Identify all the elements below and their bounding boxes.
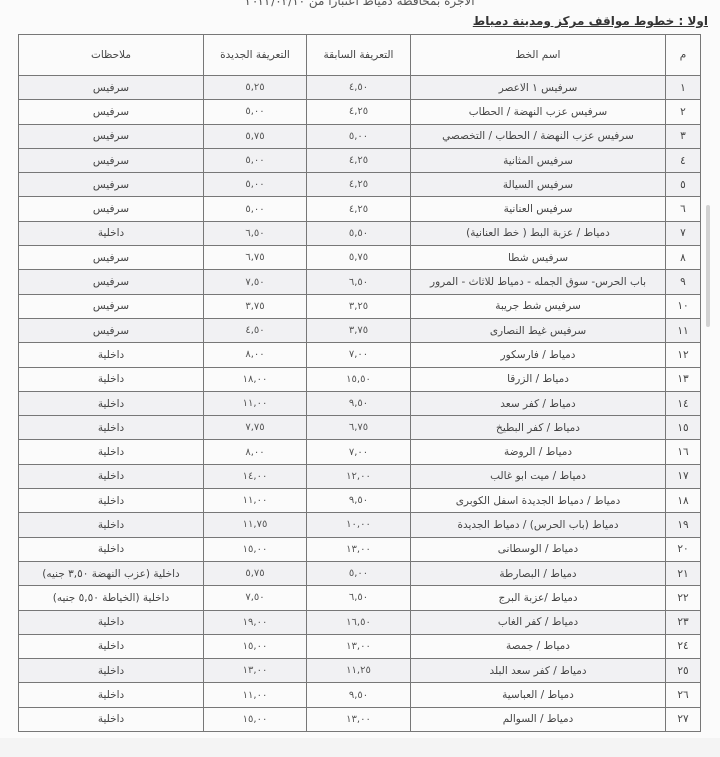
row-notes: داخلية: [19, 416, 204, 440]
table-row: ٢٧دمياط / السوالم١٣,٠٠١٥,٠٠داخلية: [19, 707, 701, 731]
row-new-fare: ١٥,٠٠: [204, 537, 307, 561]
row-notes: داخلية: [19, 221, 204, 245]
row-old-fare: ٥,٠٠: [307, 124, 411, 148]
row-line-name: دمياط / فارسكور: [411, 343, 666, 367]
row-line-name: باب الحرس- سوق الجمله - دمياط للاثاث - ا…: [411, 270, 666, 294]
row-new-fare: ٥,٧٥: [204, 124, 307, 148]
row-line-name: دمياط /عزبة البرج: [411, 586, 666, 610]
row-index: ٨: [666, 246, 701, 270]
row-line-name: سرفيس عزب النهضة / الحطاب / التخصصي: [411, 124, 666, 148]
table-row: ١٥دمياط / كفر البطيخ٦,٧٥٧,٧٥داخلية: [19, 416, 701, 440]
row-line-name: دمياط / السوالم: [411, 707, 666, 731]
row-notes: داخلية: [19, 707, 204, 731]
row-line-name: سرفيس المثانية: [411, 148, 666, 172]
row-line-name: سرفيس شط جريبة: [411, 294, 666, 318]
row-notes: داخلية: [19, 537, 204, 561]
row-line-name: سرفيس العنانية: [411, 197, 666, 221]
header-notes: ملاحظات: [19, 35, 204, 76]
row-notes: سرفيس: [19, 148, 204, 172]
row-old-fare: ١١,٢٥: [307, 659, 411, 683]
row-new-fare: ٥,٠٠: [204, 100, 307, 124]
row-new-fare: ٦,٥٠: [204, 221, 307, 245]
row-index: ١٧: [666, 464, 701, 488]
row-index: ٢٠: [666, 537, 701, 561]
row-index: ١١: [666, 318, 701, 342]
table-row: ١١سرفيس غيط النصارى٣,٧٥٤,٥٠سرفيس: [19, 318, 701, 342]
table-row: ٢سرفيس عزب النهضة / الحطاب٤,٢٥٥,٠٠سرفيس: [19, 100, 701, 124]
row-line-name: دمياط / دمياط الجديدة اسفل الكوبرى: [411, 489, 666, 513]
row-line-name: سرفيس ١ الاعصر: [411, 76, 666, 100]
document-page: الأجرة بمحافظة دمياط اعتبارا من ٢٠٢٢/٠٣/…: [0, 0, 720, 738]
table-row: ١٤دمياط / كفر سعد٩,٥٠١١,٠٠داخلية: [19, 391, 701, 415]
header-index: م: [666, 35, 701, 76]
table-row: ١٣دمياط / الزرقا١٥,٥٠١٨,٠٠داخلية: [19, 367, 701, 391]
row-old-fare: ٧,٠٠: [307, 440, 411, 464]
row-line-name: دمياط / كفر الغاب: [411, 610, 666, 634]
row-old-fare: ٤,٢٥: [307, 148, 411, 172]
row-notes: داخلية (عزب النهضة ٣,٥٠ جنيه): [19, 561, 204, 585]
table-row: ٦سرفيس العنانية٤,٢٥٥,٠٠سرفيس: [19, 197, 701, 221]
row-new-fare: ٤,٥٠: [204, 318, 307, 342]
row-notes: داخلية: [19, 489, 204, 513]
row-notes: سرفيس: [19, 270, 204, 294]
row-old-fare: ٤,٥٠: [307, 76, 411, 100]
fares-table: م اسم الخط التعريفة السابقة التعريفة الج…: [18, 34, 701, 732]
row-new-fare: ٨,٠٠: [204, 343, 307, 367]
row-notes: داخلية: [19, 367, 204, 391]
row-line-name: سرفيس السيالة: [411, 173, 666, 197]
row-index: ١٢: [666, 343, 701, 367]
table-row: ٢٣دمياط / كفر الغاب١٦,٥٠١٩,٠٠داخلية: [19, 610, 701, 634]
table-row: ١٢دمياط / فارسكور٧,٠٠٨,٠٠داخلية: [19, 343, 701, 367]
row-new-fare: ٥,٠٠: [204, 173, 307, 197]
row-new-fare: ٣,٧٥: [204, 294, 307, 318]
row-notes: سرفيس: [19, 318, 204, 342]
row-line-name: دمياط / عزبة البط ( خط العنانية): [411, 221, 666, 245]
row-old-fare: ١٠,٠٠: [307, 513, 411, 537]
row-notes: داخلية: [19, 464, 204, 488]
row-notes: سرفيس: [19, 76, 204, 100]
table-row: ١٦دمياط / الروضة٧,٠٠٨,٠٠داخلية: [19, 440, 701, 464]
row-old-fare: ٧,٠٠: [307, 343, 411, 367]
row-notes: داخلية: [19, 343, 204, 367]
row-new-fare: ١٣,٠٠: [204, 659, 307, 683]
row-line-name: سرفيس غيط النصارى: [411, 318, 666, 342]
row-old-fare: ١٣,٠٠: [307, 707, 411, 731]
row-new-fare: ١١,٠٠: [204, 391, 307, 415]
table-row: ٢٥دمياط / كفر سعد البلد١١,٢٥١٣,٠٠داخلية: [19, 659, 701, 683]
table-row: ٢١دمياط / البصارطة٥,٠٠٥,٧٥داخلية (عزب ال…: [19, 561, 701, 585]
table-row: ٧دمياط / عزبة البط ( خط العنانية)٥,٥٠٦,٥…: [19, 221, 701, 245]
row-index: ١٠: [666, 294, 701, 318]
document-title: الأجرة بمحافظة دمياط اعتبارا من ٢٠٢٢/٠٣/…: [0, 0, 720, 8]
table-row: ٥سرفيس السيالة٤,٢٥٥,٠٠سرفيس: [19, 173, 701, 197]
row-notes: داخلية: [19, 513, 204, 537]
row-index: ٢٤: [666, 634, 701, 658]
row-index: ٢: [666, 100, 701, 124]
row-old-fare: ٣,٧٥: [307, 318, 411, 342]
row-old-fare: ٦,٥٠: [307, 270, 411, 294]
row-old-fare: ٤,٢٥: [307, 173, 411, 197]
row-index: ٢٦: [666, 683, 701, 707]
row-old-fare: ٦,٧٥: [307, 416, 411, 440]
row-new-fare: ٦,٧٥: [204, 246, 307, 270]
row-new-fare: ١١,٠٠: [204, 489, 307, 513]
row-new-fare: ١١,٠٠: [204, 683, 307, 707]
row-new-fare: ٥,٠٠: [204, 197, 307, 221]
table-row: ٢٢دمياط /عزبة البرج٦,٥٠٧,٥٠داخلية (الخيا…: [19, 586, 701, 610]
row-index: ٢٢: [666, 586, 701, 610]
row-new-fare: ٧,٥٠: [204, 586, 307, 610]
row-line-name: سرفيس عزب النهضة / الحطاب: [411, 100, 666, 124]
row-notes: سرفيس: [19, 197, 204, 221]
row-index: ٣: [666, 124, 701, 148]
table-row: ٢٦دمياط / العباسية٩,٥٠١١,٠٠داخلية: [19, 683, 701, 707]
row-old-fare: ٩,٥٠: [307, 391, 411, 415]
row-old-fare: ٥,٠٠: [307, 561, 411, 585]
row-line-name: دمياط / كفر البطيخ: [411, 416, 666, 440]
row-index: ٩: [666, 270, 701, 294]
row-new-fare: ٥,٢٥: [204, 76, 307, 100]
table-row: ١سرفيس ١ الاعصر٤,٥٠٥,٢٥سرفيس: [19, 76, 701, 100]
row-notes: داخلية (الخياطة ٥,٥٠ جنيه): [19, 586, 204, 610]
row-line-name: دمياط / ميت ابو غالب: [411, 464, 666, 488]
row-index: ١: [666, 76, 701, 100]
row-old-fare: ١٢,٠٠: [307, 464, 411, 488]
row-line-name: دمياط / كفر سعد البلد: [411, 659, 666, 683]
header-new-fare: التعريفة الجديدة: [204, 35, 307, 76]
row-line-name: دمياط (باب الحرس) / دمياط الجديدة: [411, 513, 666, 537]
row-old-fare: ٥,٥٠: [307, 221, 411, 245]
row-index: ١٦: [666, 440, 701, 464]
row-old-fare: ٩,٥٠: [307, 683, 411, 707]
row-line-name: دمياط / العباسية: [411, 683, 666, 707]
row-notes: سرفيس: [19, 246, 204, 270]
table-row: ٩باب الحرس- سوق الجمله - دمياط للاثاث - …: [19, 270, 701, 294]
row-index: ٤: [666, 148, 701, 172]
row-index: ٦: [666, 197, 701, 221]
row-old-fare: ٦,٥٠: [307, 586, 411, 610]
row-index: ٧: [666, 221, 701, 245]
row-index: ١٩: [666, 513, 701, 537]
row-new-fare: ١٩,٠٠: [204, 610, 307, 634]
row-new-fare: ٥,٠٠: [204, 148, 307, 172]
row-index: ٢٥: [666, 659, 701, 683]
header-old-fare: التعريفة السابقة: [307, 35, 411, 76]
row-old-fare: ٩,٥٠: [307, 489, 411, 513]
table-row: ١٨دمياط / دمياط الجديدة اسفل الكوبرى٩,٥٠…: [19, 489, 701, 513]
table-row: ٢٠دمياط / الوسطانى١٣,٠٠١٥,٠٠داخلية: [19, 537, 701, 561]
header-line-name: اسم الخط: [411, 35, 666, 76]
vertical-scrollbar[interactable]: [706, 205, 710, 327]
row-line-name: سرفيس شطا: [411, 246, 666, 270]
row-notes: سرفيس: [19, 173, 204, 197]
row-notes: داخلية: [19, 440, 204, 464]
row-new-fare: ١٥,٠٠: [204, 707, 307, 731]
row-old-fare: ٥,٧٥: [307, 246, 411, 270]
row-line-name: دمياط / البصارطة: [411, 561, 666, 585]
row-index: ١٣: [666, 367, 701, 391]
row-old-fare: ٤,٢٥: [307, 197, 411, 221]
section-title: اولا : خطوط مواقف مركز ومدينة دمياط: [473, 14, 708, 28]
row-old-fare: ٤,٢٥: [307, 100, 411, 124]
row-notes: سرفيس: [19, 124, 204, 148]
table-header-row: م اسم الخط التعريفة السابقة التعريفة الج…: [19, 35, 701, 76]
row-index: ١٤: [666, 391, 701, 415]
row-old-fare: ١٦,٥٠: [307, 610, 411, 634]
row-line-name: دمياط / الروضة: [411, 440, 666, 464]
row-old-fare: ١٣,٠٠: [307, 537, 411, 561]
row-notes: سرفيس: [19, 100, 204, 124]
table-row: ٣سرفيس عزب النهضة / الحطاب / التخصصي٥,٠٠…: [19, 124, 701, 148]
row-notes: داخلية: [19, 610, 204, 634]
row-new-fare: ١٥,٠٠: [204, 634, 307, 658]
row-new-fare: ١٨,٠٠: [204, 367, 307, 391]
row-notes: داخلية: [19, 634, 204, 658]
table-row: ١٠سرفيس شط جريبة٣,٢٥٣,٧٥سرفيس: [19, 294, 701, 318]
row-old-fare: ٣,٢٥: [307, 294, 411, 318]
row-index: ١٥: [666, 416, 701, 440]
row-old-fare: ١٣,٠٠: [307, 634, 411, 658]
row-line-name: دمياط / الوسطانى: [411, 537, 666, 561]
row-index: ٥: [666, 173, 701, 197]
row-old-fare: ١٥,٥٠: [307, 367, 411, 391]
row-line-name: دمياط / كفر سعد: [411, 391, 666, 415]
row-new-fare: ٨,٠٠: [204, 440, 307, 464]
table-row: ٤سرفيس المثانية٤,٢٥٥,٠٠سرفيس: [19, 148, 701, 172]
row-new-fare: ١٤,٠٠: [204, 464, 307, 488]
row-new-fare: ٧,٥٠: [204, 270, 307, 294]
row-line-name: دمياط / جمصة: [411, 634, 666, 658]
row-new-fare: ١١,٧٥: [204, 513, 307, 537]
row-line-name: دمياط / الزرقا: [411, 367, 666, 391]
row-index: ٢٣: [666, 610, 701, 634]
row-new-fare: ٥,٧٥: [204, 561, 307, 585]
row-index: ١٨: [666, 489, 701, 513]
row-index: ٢٧: [666, 707, 701, 731]
row-index: ٢١: [666, 561, 701, 585]
row-notes: داخلية: [19, 659, 204, 683]
table-row: ٨سرفيس شطا٥,٧٥٦,٧٥سرفيس: [19, 246, 701, 270]
table-row: ١٧دمياط / ميت ابو غالب١٢,٠٠١٤,٠٠داخلية: [19, 464, 701, 488]
table-row: ١٩دمياط (باب الحرس) / دمياط الجديدة١٠,٠٠…: [19, 513, 701, 537]
table-row: ٢٤دمياط / جمصة١٣,٠٠١٥,٠٠داخلية: [19, 634, 701, 658]
row-notes: داخلية: [19, 683, 204, 707]
row-notes: داخلية: [19, 391, 204, 415]
row-notes: سرفيس: [19, 294, 204, 318]
row-new-fare: ٧,٧٥: [204, 416, 307, 440]
